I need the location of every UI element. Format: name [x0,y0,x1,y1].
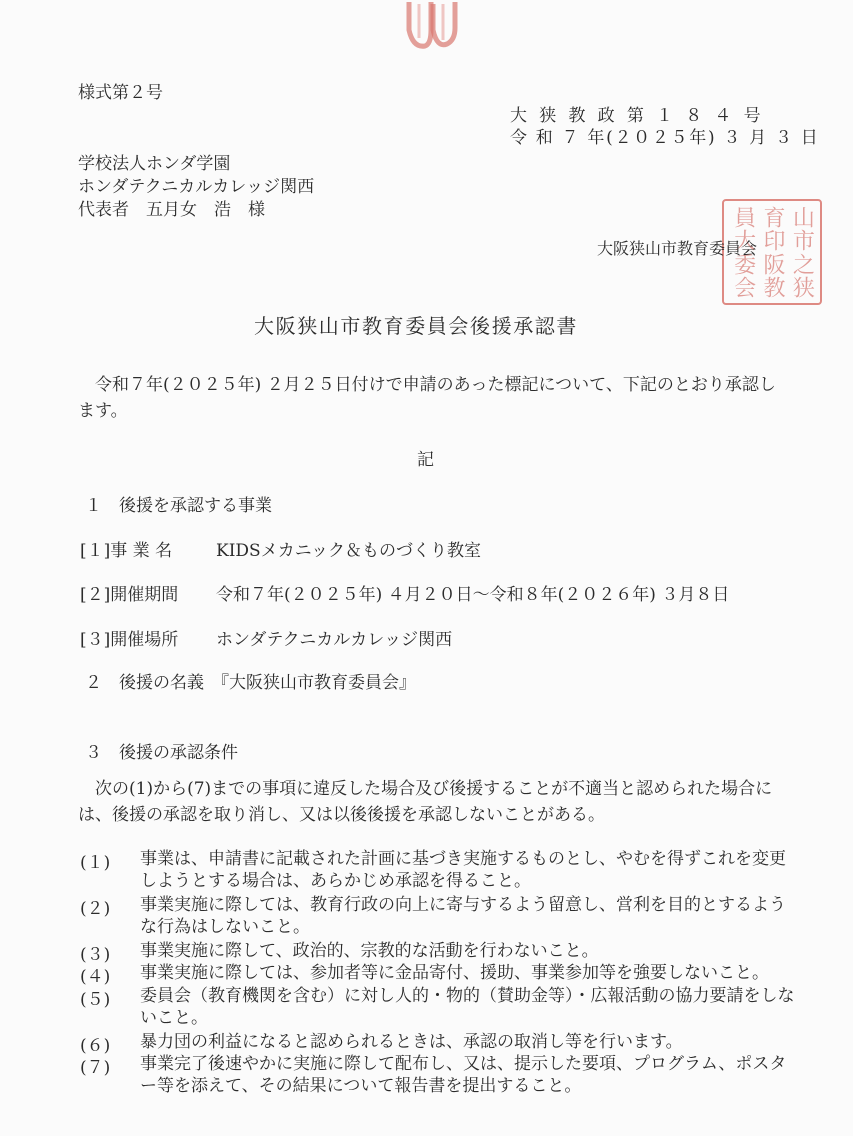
condition-text: 暴力団の利益になると認められるときは、承認の取消し等を行います。 [140,1031,800,1053]
condition-item: (４) 事業実施に際しては、参加者等に金品寄付、援助、事業参加等を強要しないこと… [80,962,800,984]
condition-text: 委員会（教育機関を含む）に対し人的・物的（賛助金等）・広報活動の協力要請をしない… [140,985,800,1029]
condition-item: (３) 事業実施に際して、政治的、宗教的な活動を行わないこと。 [80,940,800,962]
seal-char: 市 [787,229,816,253]
section3-intro: 次の(1)から(7)までの事項に違反した場合及び後援することが不適当と認められた… [78,776,788,828]
recipient-line3: 代表者 五月女 浩 様 [78,195,265,220]
condition-text: 事業実施に際しては、参加者等に金品寄付、援助、事業参加等を強要しないこと。 [140,962,800,984]
recipient-line2: ホンダテクニカルカレッジ関西 [78,172,314,197]
condition-number: (４) [80,962,110,987]
condition-number: (７) [80,1053,110,1078]
seal-char: 会 [728,276,757,300]
seal-char: 狭 [787,276,816,300]
condition-item: (６) 暴力団の利益になると認められるときは、承認の取消し等を行います。 [80,1031,800,1053]
item-value-venue: ホンダテクニカルカレッジ関西 [216,625,452,650]
condition-number: (５) [80,985,110,1010]
seal-char: 之 [787,252,816,276]
seal-char: 山 [787,205,816,229]
section1-heading: １ 後援を承認する事業 [85,491,272,516]
issuer-name: 大阪狭山市教育委員会 [597,236,757,259]
section3-heading: ３ 後援の承認条件 [85,738,238,763]
condition-text: 事業実施に際しては、教育行政の向上に寄与するよう留意し、営利を目的とするような行… [140,894,800,938]
condition-item: (２) 事業実施に際しては、教育行政の向上に寄与するよう留意し、営利を目的とする… [80,894,800,938]
document-title: 大阪狭山市教育委員会後援承認書 [254,310,578,339]
recipient-line1: 学校法人ホンダ学園 [78,149,230,174]
seal-char: 育 [757,205,786,229]
seal-char: 印 [757,229,786,253]
section2-value: 『大阪狭山市教育委員会』 [212,668,416,693]
condition-item: (５) 委員会（教育機関を含む）に対し人的・物的（賛助金等）・広報活動の協力要請… [80,985,800,1029]
item-label-name: [１]事 業 名 [80,536,172,561]
condition-text: 事業は、申請書に記載された計画に基づき実施するものとし、やむを得ずこれを変更しよ… [140,848,800,892]
condition-text: 事業実施に際して、政治的、宗教的な活動を行わないこと。 [140,940,800,962]
item-label-period: [２]開催期間 [80,580,178,605]
condition-text: 事業完了後速やかに実施に際して配布し、又は、提示した要項、プログラム、ポスター等… [140,1053,800,1097]
issue-date: 令 和 ７ 年(２０２５年) ３ 月 ３ 日 [510,123,820,148]
item-label-venue: [３]開催場所 [80,625,178,650]
seal-char: 員 [728,205,757,229]
form-number: 様式第２号 [78,78,163,103]
ki-heading: 記 [417,445,434,470]
section2-heading: ２ 後援の名義 [85,668,204,693]
partial-stamp-icon [403,0,459,50]
item-value-period: 令和７年(２０２５年) ４月２０日～令和８年(２０２６年) ３月８日 [216,580,729,605]
seal-char: 教 [757,276,786,300]
condition-number: (２) [80,894,110,919]
seal-char: 阪 [757,252,786,276]
condition-item: (７) 事業完了後速やかに実施に際して配布し、又は、提示した要項、プログラム、ポ… [80,1053,800,1097]
item-value-name: KIDSメカニック＆ものづくり教室 [216,536,481,561]
intro-paragraph: 令和７年(２０２５年) ２月２５日付けで申請のあった標記について、下記のとおり承… [78,372,788,424]
condition-number: (１) [80,848,110,873]
condition-item: (１) 事業は、申請書に記載された計画に基づき実施するものとし、やむを得ずこれを… [80,848,800,892]
